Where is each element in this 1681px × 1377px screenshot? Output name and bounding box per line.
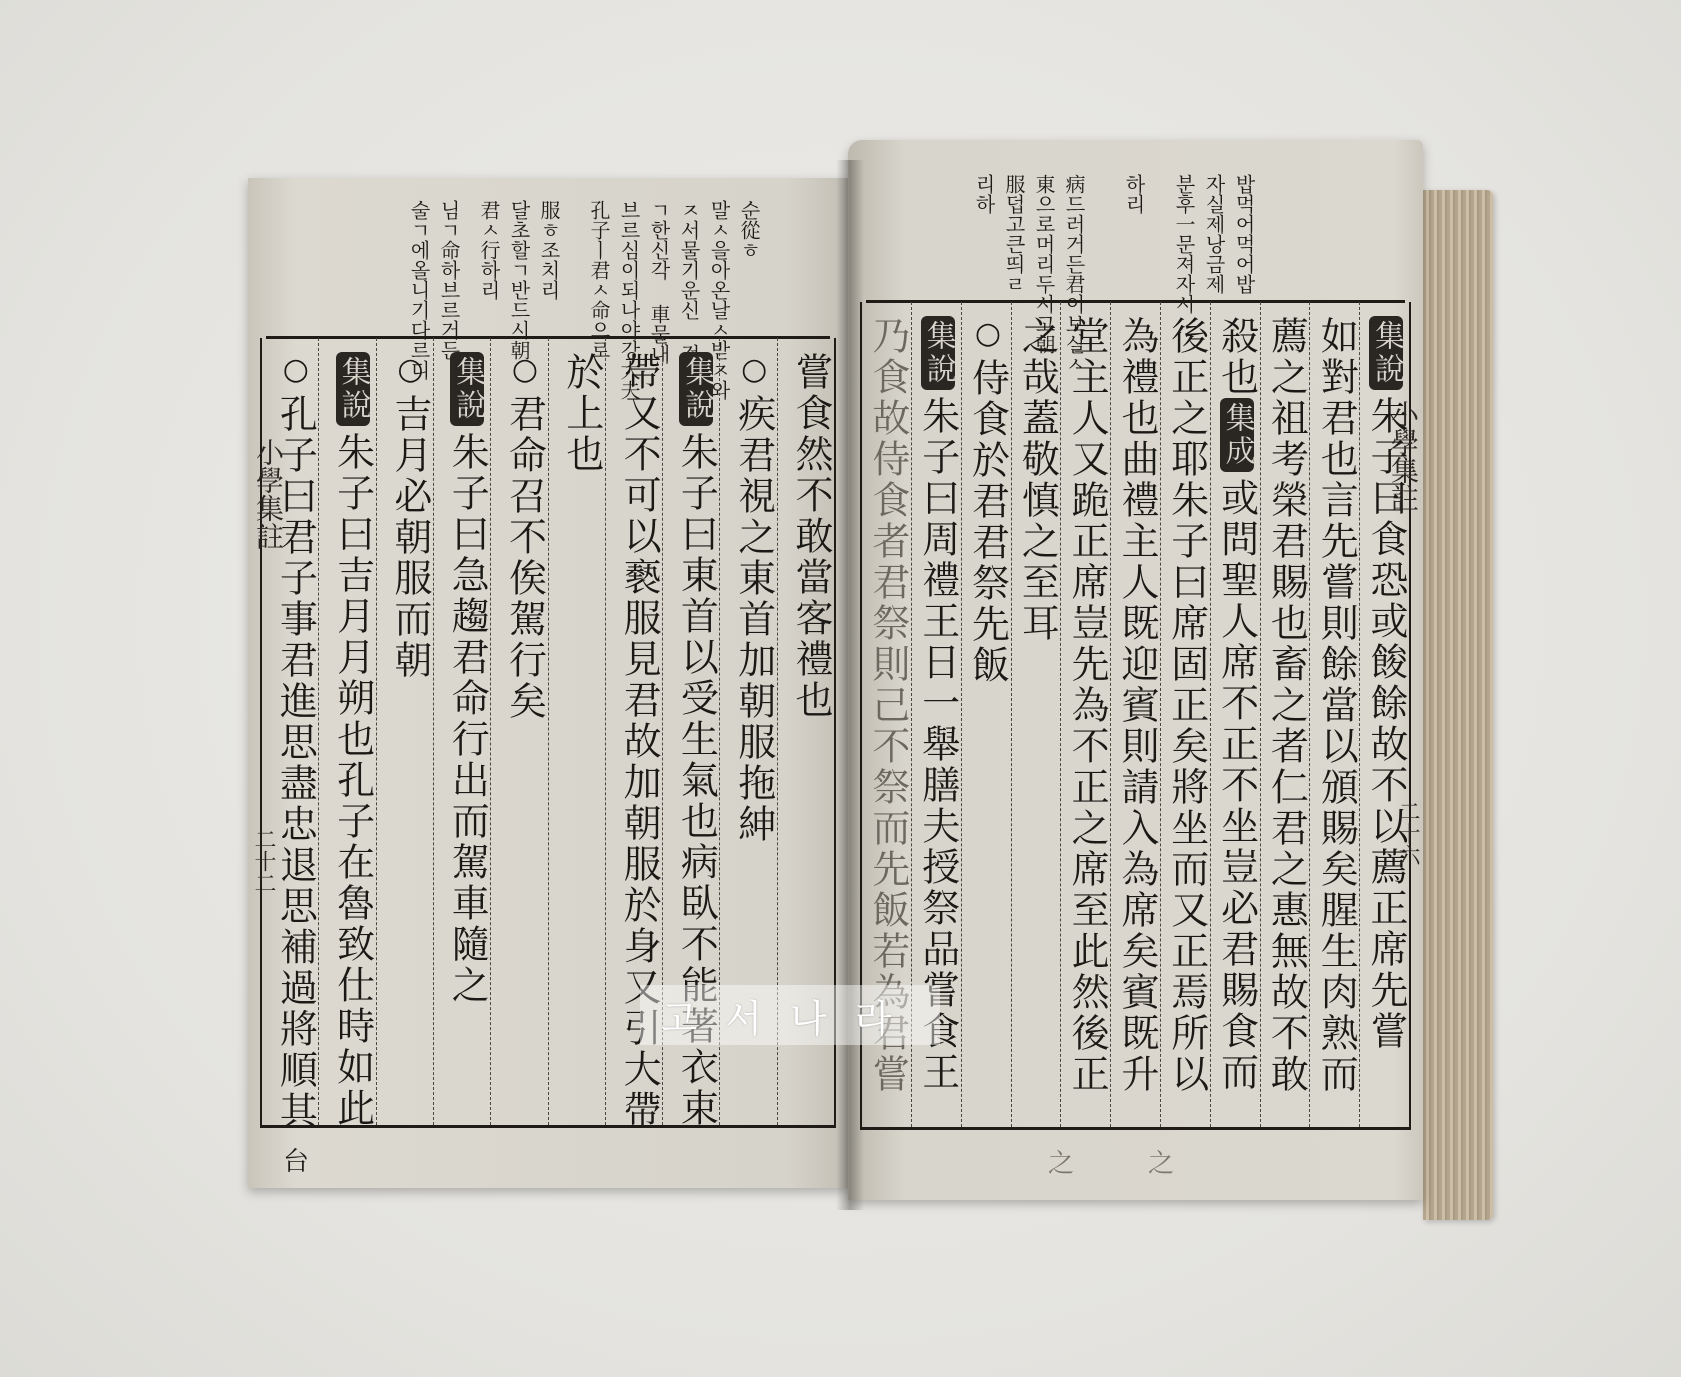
text-column: ○侍食於君君祭先飯 (961, 302, 1011, 1127)
annotation: 님ㄱ命하브르거든 (438, 200, 460, 360)
annotation: 분후一문져자시 (1173, 174, 1195, 314)
annotation: 服ㅎ조치리 (538, 200, 560, 300)
right-header-margin: 밥먹어먹어밥 자실제낭금제 분후一문져자시 하리 病드러거든君이보실ㅅ 東으로머… (866, 160, 1405, 303)
annotation: 孔子ㅣ君ㅅ命으로 (588, 200, 610, 360)
annotation: 순從ㅎ (738, 200, 760, 260)
open-book: 님ㄱ命하브르거든 술ㄱ에올니기다르디 君ㅅ行하리 달초할ㄱ반드시朝 服ㅎ조치리 … (248, 140, 1508, 1220)
text-column: 殺也集成或問聖人席不正不坐豈必君賜食而 (1210, 302, 1260, 1127)
jipseol-tag: 集說 (450, 352, 484, 426)
text-column: 於上也 (548, 338, 605, 1125)
annotation: 리하 (973, 174, 995, 214)
text-column: 為禮也曲禮主人既迎賓則請入為席矣賓既升 (1110, 302, 1160, 1127)
jipseol-tag: 集說 (679, 352, 713, 426)
annotation: 君ㅅ行하리 (478, 200, 500, 300)
text-column: ○君命召不俟駕行矣 (490, 338, 547, 1125)
right-text-frame: 集說朱子曰食恐或餕餘故不以薦正席先嘗 如對君也言先嘗則餘當以頒賜矣腥生肉熟而 薦… (860, 302, 1411, 1130)
leaf-number: 二十二 (248, 828, 279, 894)
text-column: 後正之耶朱子曰席固正矣將坐而又正焉所以 (1160, 302, 1210, 1127)
annotation: 服덥고큰띄ㄹ (1003, 174, 1025, 294)
footer-mark: 之 (1048, 1143, 1074, 1180)
book-fore-edge (1423, 190, 1493, 1220)
side-title: 小學集註 (1383, 400, 1423, 512)
left-header-margin: 님ㄱ命하브르거든 술ㄱ에올니기다르디 君ㅅ行하리 달초할ㄱ반드시朝 服ㅎ조치리 … (266, 186, 830, 339)
text-column: 之哉蓋敬慎之至耳 (1011, 302, 1061, 1127)
text-column: 如對君也言先嘗則餘當以頒賜矣腥生肉熟而 (1309, 302, 1359, 1127)
annotation: 밥먹어먹어밥 (1233, 174, 1255, 294)
jipseol-tag: 集說 (921, 316, 955, 390)
footer-mark: 台 (283, 1141, 309, 1178)
watermark-text: 고서나라 (640, 985, 940, 1045)
text-column: 薦之祖考榮君賜也畜之者仁君之惠無故不敢 (1260, 302, 1310, 1127)
jipseol-tag: 集說 (1369, 316, 1403, 390)
text-column: 集說朱子曰急趨君命行出而駕車隨之 (433, 338, 490, 1125)
annotation: 하리 (1123, 174, 1145, 214)
text-column: 堂主人又跪正席豈先為不正之席至此然後正 (1060, 302, 1110, 1127)
footer-mark: 之 (1148, 1143, 1174, 1180)
side-title: 小學集註 (248, 438, 288, 550)
jipseong-tag: 集成 (1220, 398, 1254, 472)
jipseol-tag: 集說 (336, 352, 370, 426)
annotation: 자실제낭금제 (1203, 174, 1225, 294)
text-column: ○吉月必朝服而朝 (376, 338, 433, 1125)
annotation: 달초할ㄱ반드시朝 (508, 200, 530, 360)
text-column: 集說朱子曰吉月月朔也孔子在魯致仕時如此 (318, 338, 375, 1125)
book-gutter (836, 160, 864, 1210)
leaf-number: 二十六 (1392, 800, 1423, 866)
